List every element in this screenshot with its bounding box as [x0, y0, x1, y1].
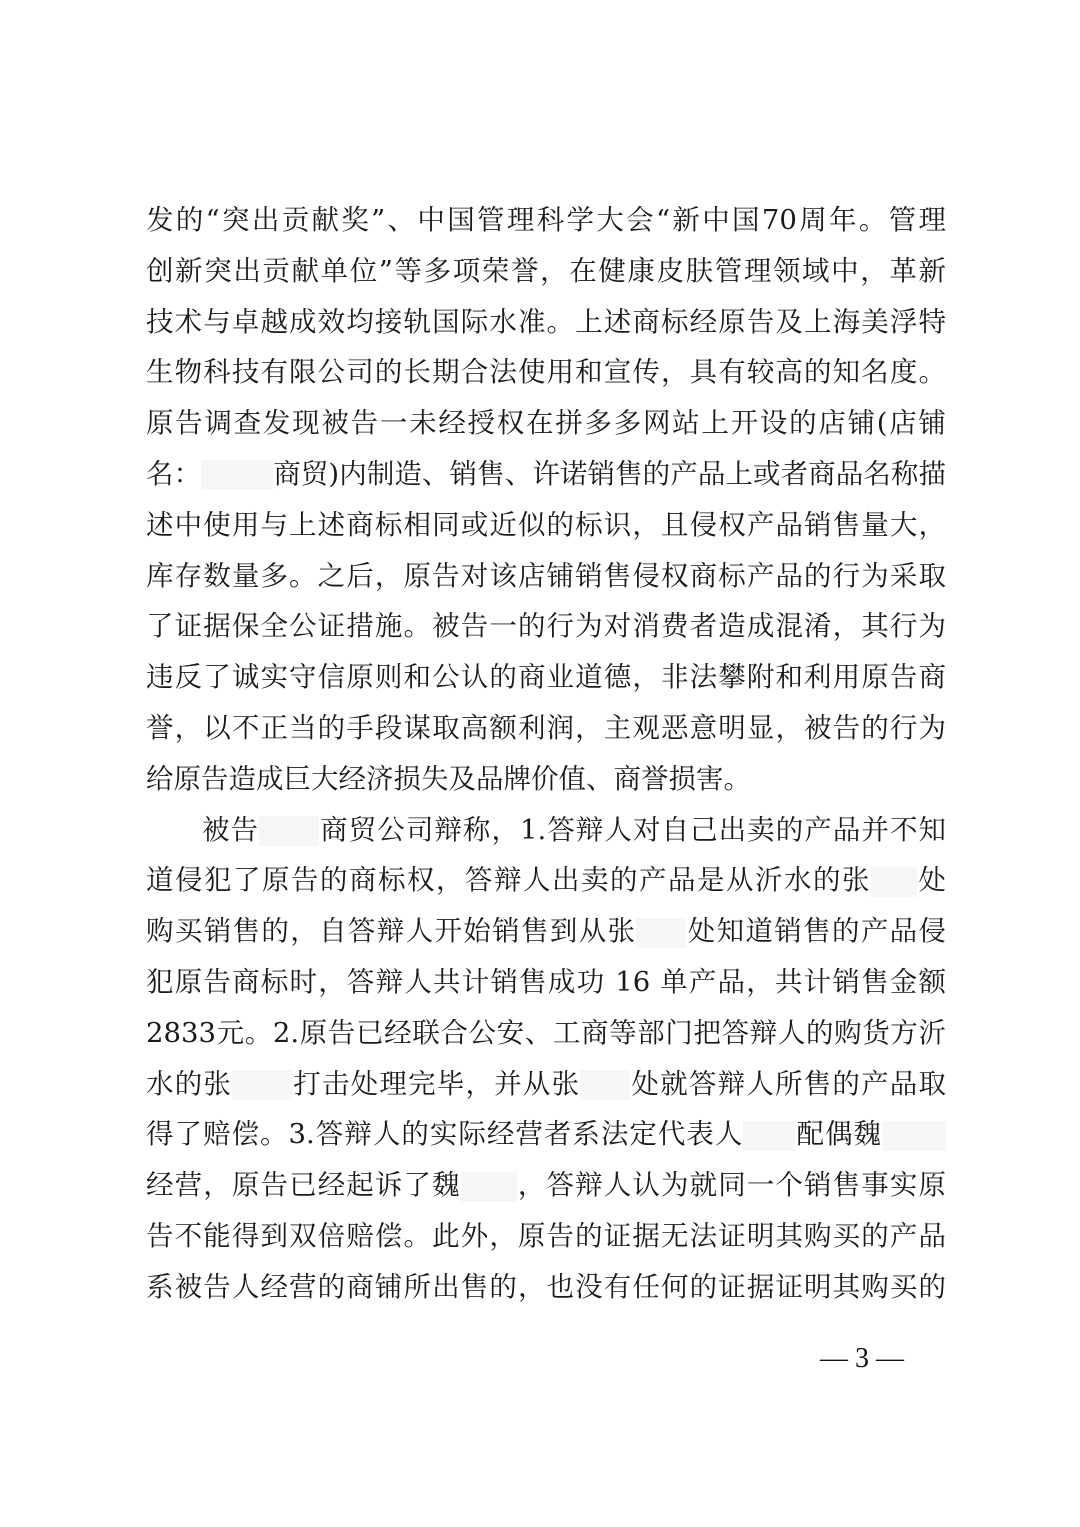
redacted-block: [580, 1070, 630, 1100]
text-segment: 商贸)内制造、销售、许诺销售的产品上或者商品名称描: [273, 458, 946, 490]
text-line: 2833元。2.原告已经联合公安、工商等部门把答辩人的购货方沂: [146, 1008, 946, 1059]
text-segment: 经营，原告已经起诉了魏: [146, 1169, 461, 1201]
redacted-block: [201, 460, 273, 490]
text-segment: 名：: [146, 458, 201, 490]
redacted-block: [232, 1070, 292, 1100]
text-line: 购买销售的，自答辩人开始销售到从张处知道销售的产品侵: [146, 906, 946, 957]
text-segment: 打击处理完毕，并从张: [292, 1068, 580, 1100]
text-line: 生物科技有限公司的长期合法使用和宣传，具有较高的知名度。: [146, 347, 946, 398]
redacted-block: [636, 918, 686, 948]
text-segment: 被告: [202, 814, 259, 846]
text-line: 给原告造成巨大经济损失及品牌价值、商誉损害。: [146, 754, 946, 805]
text-line: 技术与卓越成效均接轨国际水准。上述商标经原告及上海美浮特: [146, 297, 946, 348]
text-line: 库存数量多。之后，原告对该店铺销售侵权商标产品的行为采取: [146, 551, 946, 602]
text-line: 发的“突出贡献奖”、中国管理科学大会“新中国70周年。管理: [146, 195, 946, 246]
text-line: 水的张打击处理完毕，并从张处就答辩人所售的产品取: [146, 1059, 946, 1110]
text-segment: 处知道销售的产品侵: [686, 915, 946, 947]
text-line: 名：商贸)内制造、销售、许诺销售的产品上或者商品名称描: [146, 449, 946, 500]
text-segment: 道侵犯了原告的商标权，答辩人出卖的产品是从沂水的张: [146, 864, 871, 896]
text-segment: 得了赔偿。3.答辩人的实际经营者系法定代表人: [146, 1118, 743, 1150]
text-line: 违反了诚实守信原则和公认的商业道德，非法攀附和利用原告商: [146, 652, 946, 703]
text-line: 了证据保全公证措施。被告一的行为对消费者造成混淆，其行为: [146, 601, 946, 652]
text-segment: 配偶魏: [795, 1118, 882, 1150]
text-line: 告不能得到双倍赔偿。此外，原告的证据无法证明其购买的产品: [146, 1211, 946, 1262]
redacted-block: [743, 1121, 795, 1151]
text-line: 述中使用与上述商标相同或近似的标识，且侵权产品销售量大，: [146, 500, 946, 551]
redacted-block: [461, 1172, 517, 1202]
text-line: 誉，以不正当的手段谋取高额利润，主观恶意明显，被告的行为: [146, 703, 946, 754]
text-line: 经营，原告已经起诉了魏，答辩人认为就同一个销售事实原: [146, 1160, 946, 1211]
text-line: 得了赔偿。3.答辩人的实际经营者系法定代表人配偶魏: [146, 1109, 946, 1160]
text-segment: 处就答辩人所售的产品取: [630, 1068, 946, 1100]
body-text: 发的“突出贡献奖”、中国管理科学大会“新中国70周年。管理 创新突出贡献单位”等…: [146, 195, 946, 1313]
text-segment: 处: [917, 864, 946, 896]
text-line: 创新突出贡献单位”等多项荣誉，在健康皮肤管理领域中，革新: [146, 246, 946, 297]
text-line: 被告商贸公司辩称，1.答辩人对自己出卖的产品并不知: [146, 805, 946, 856]
text-line: 道侵犯了原告的商标权，答辩人出卖的产品是从沂水的张处: [146, 855, 946, 906]
redacted-block: [882, 1121, 946, 1151]
text-line: 原告调查发现被告一未经授权在拼多多网站上开设的店铺(店铺: [146, 398, 946, 449]
text-segment: 购买销售的，自答辩人开始销售到从张: [146, 915, 636, 947]
page-number: — 3 —: [820, 1343, 904, 1375]
text-segment: 商贸公司辩称，1.答辩人对自己出卖的产品并不知: [319, 814, 946, 846]
redacted-block: [871, 867, 917, 897]
text-line: 系被告人经营的商铺所出售的，也没有任何的证据证明其购买的: [146, 1262, 946, 1313]
redacted-block: [259, 816, 319, 846]
text-line: 犯原告商标时，答辩人共计销售成功 16 单产品，共计销售金额: [146, 957, 946, 1008]
document-page: 发的“突出贡献奖”、中国管理科学大会“新中国70周年。管理 创新突出贡献单位”等…: [0, 0, 1080, 1527]
text-segment: ，答辩人认为就同一个销售事实原: [517, 1169, 946, 1201]
text-segment: 水的张: [146, 1068, 232, 1100]
